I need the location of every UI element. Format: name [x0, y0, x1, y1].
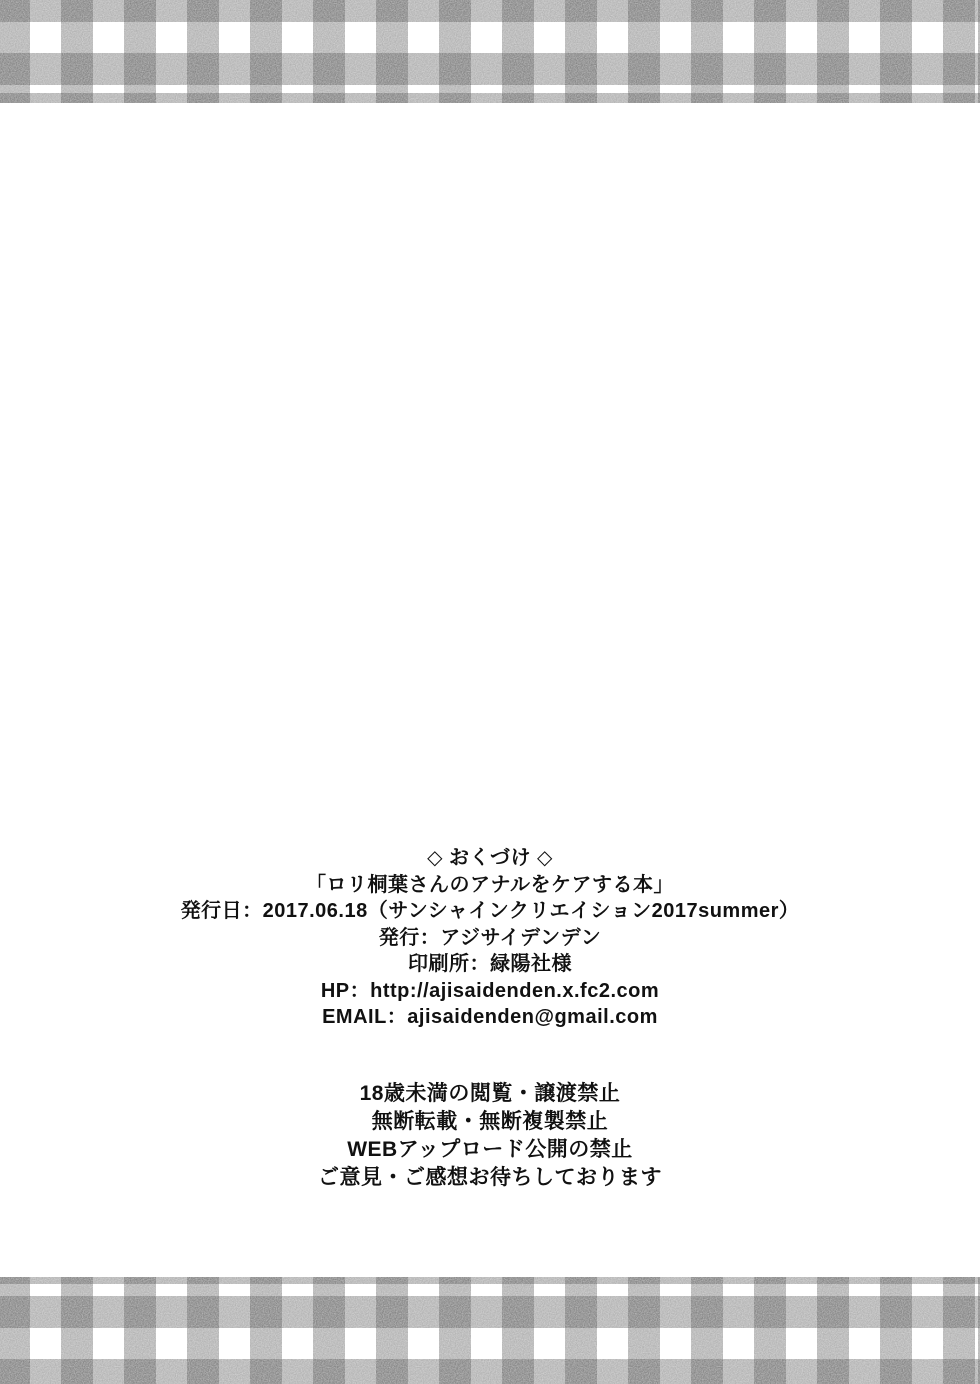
- gingham-border-top: [0, 0, 980, 103]
- email-line: EMAIL：ajisaidenden@gmail.com: [0, 1004, 980, 1031]
- gingham-border-bottom: [0, 1277, 980, 1384]
- grain-texture: [0, 1277, 980, 1384]
- feedback-line: ご意見・ご感想お待ちしております: [0, 1164, 980, 1192]
- publisher-line: 発行：アジサイデンデン: [0, 925, 980, 952]
- no-reproduction-line: 無断転載・無断複製禁止: [0, 1108, 980, 1136]
- age-restriction-line: 18歳未満の閲覧・譲渡禁止: [0, 1080, 980, 1108]
- publish-date-line: 発行日：2017.06.18（サンシャインクリエイション2017summer）: [0, 898, 980, 925]
- no-web-upload-line: WEBアップロード公開の禁止: [0, 1136, 980, 1164]
- grain-texture: [0, 0, 980, 103]
- notice-block: 18歳未満の閲覧・譲渡禁止 無断転載・無断複製禁止 WEBアップロード公開の禁止…: [0, 1080, 980, 1192]
- homepage-line: HP：http://ajisaidenden.x.fc2.com: [0, 978, 980, 1005]
- okuzuke-block: ◇ おくづけ ◇ 「ロリ桐葉さんのアナルをケアする本」 発行日：2017.06.…: [0, 845, 980, 1031]
- doujin-title: 「ロリ桐葉さんのアナルをケアする本」: [0, 872, 980, 899]
- colophon-heading: ◇ おくづけ ◇: [0, 845, 980, 872]
- printer-line: 印刷所：緑陽社様: [0, 951, 980, 978]
- scanned-page: ◇ おくづけ ◇ 「ロリ桐葉さんのアナルをケアする本」 発行日：2017.06.…: [0, 0, 980, 1384]
